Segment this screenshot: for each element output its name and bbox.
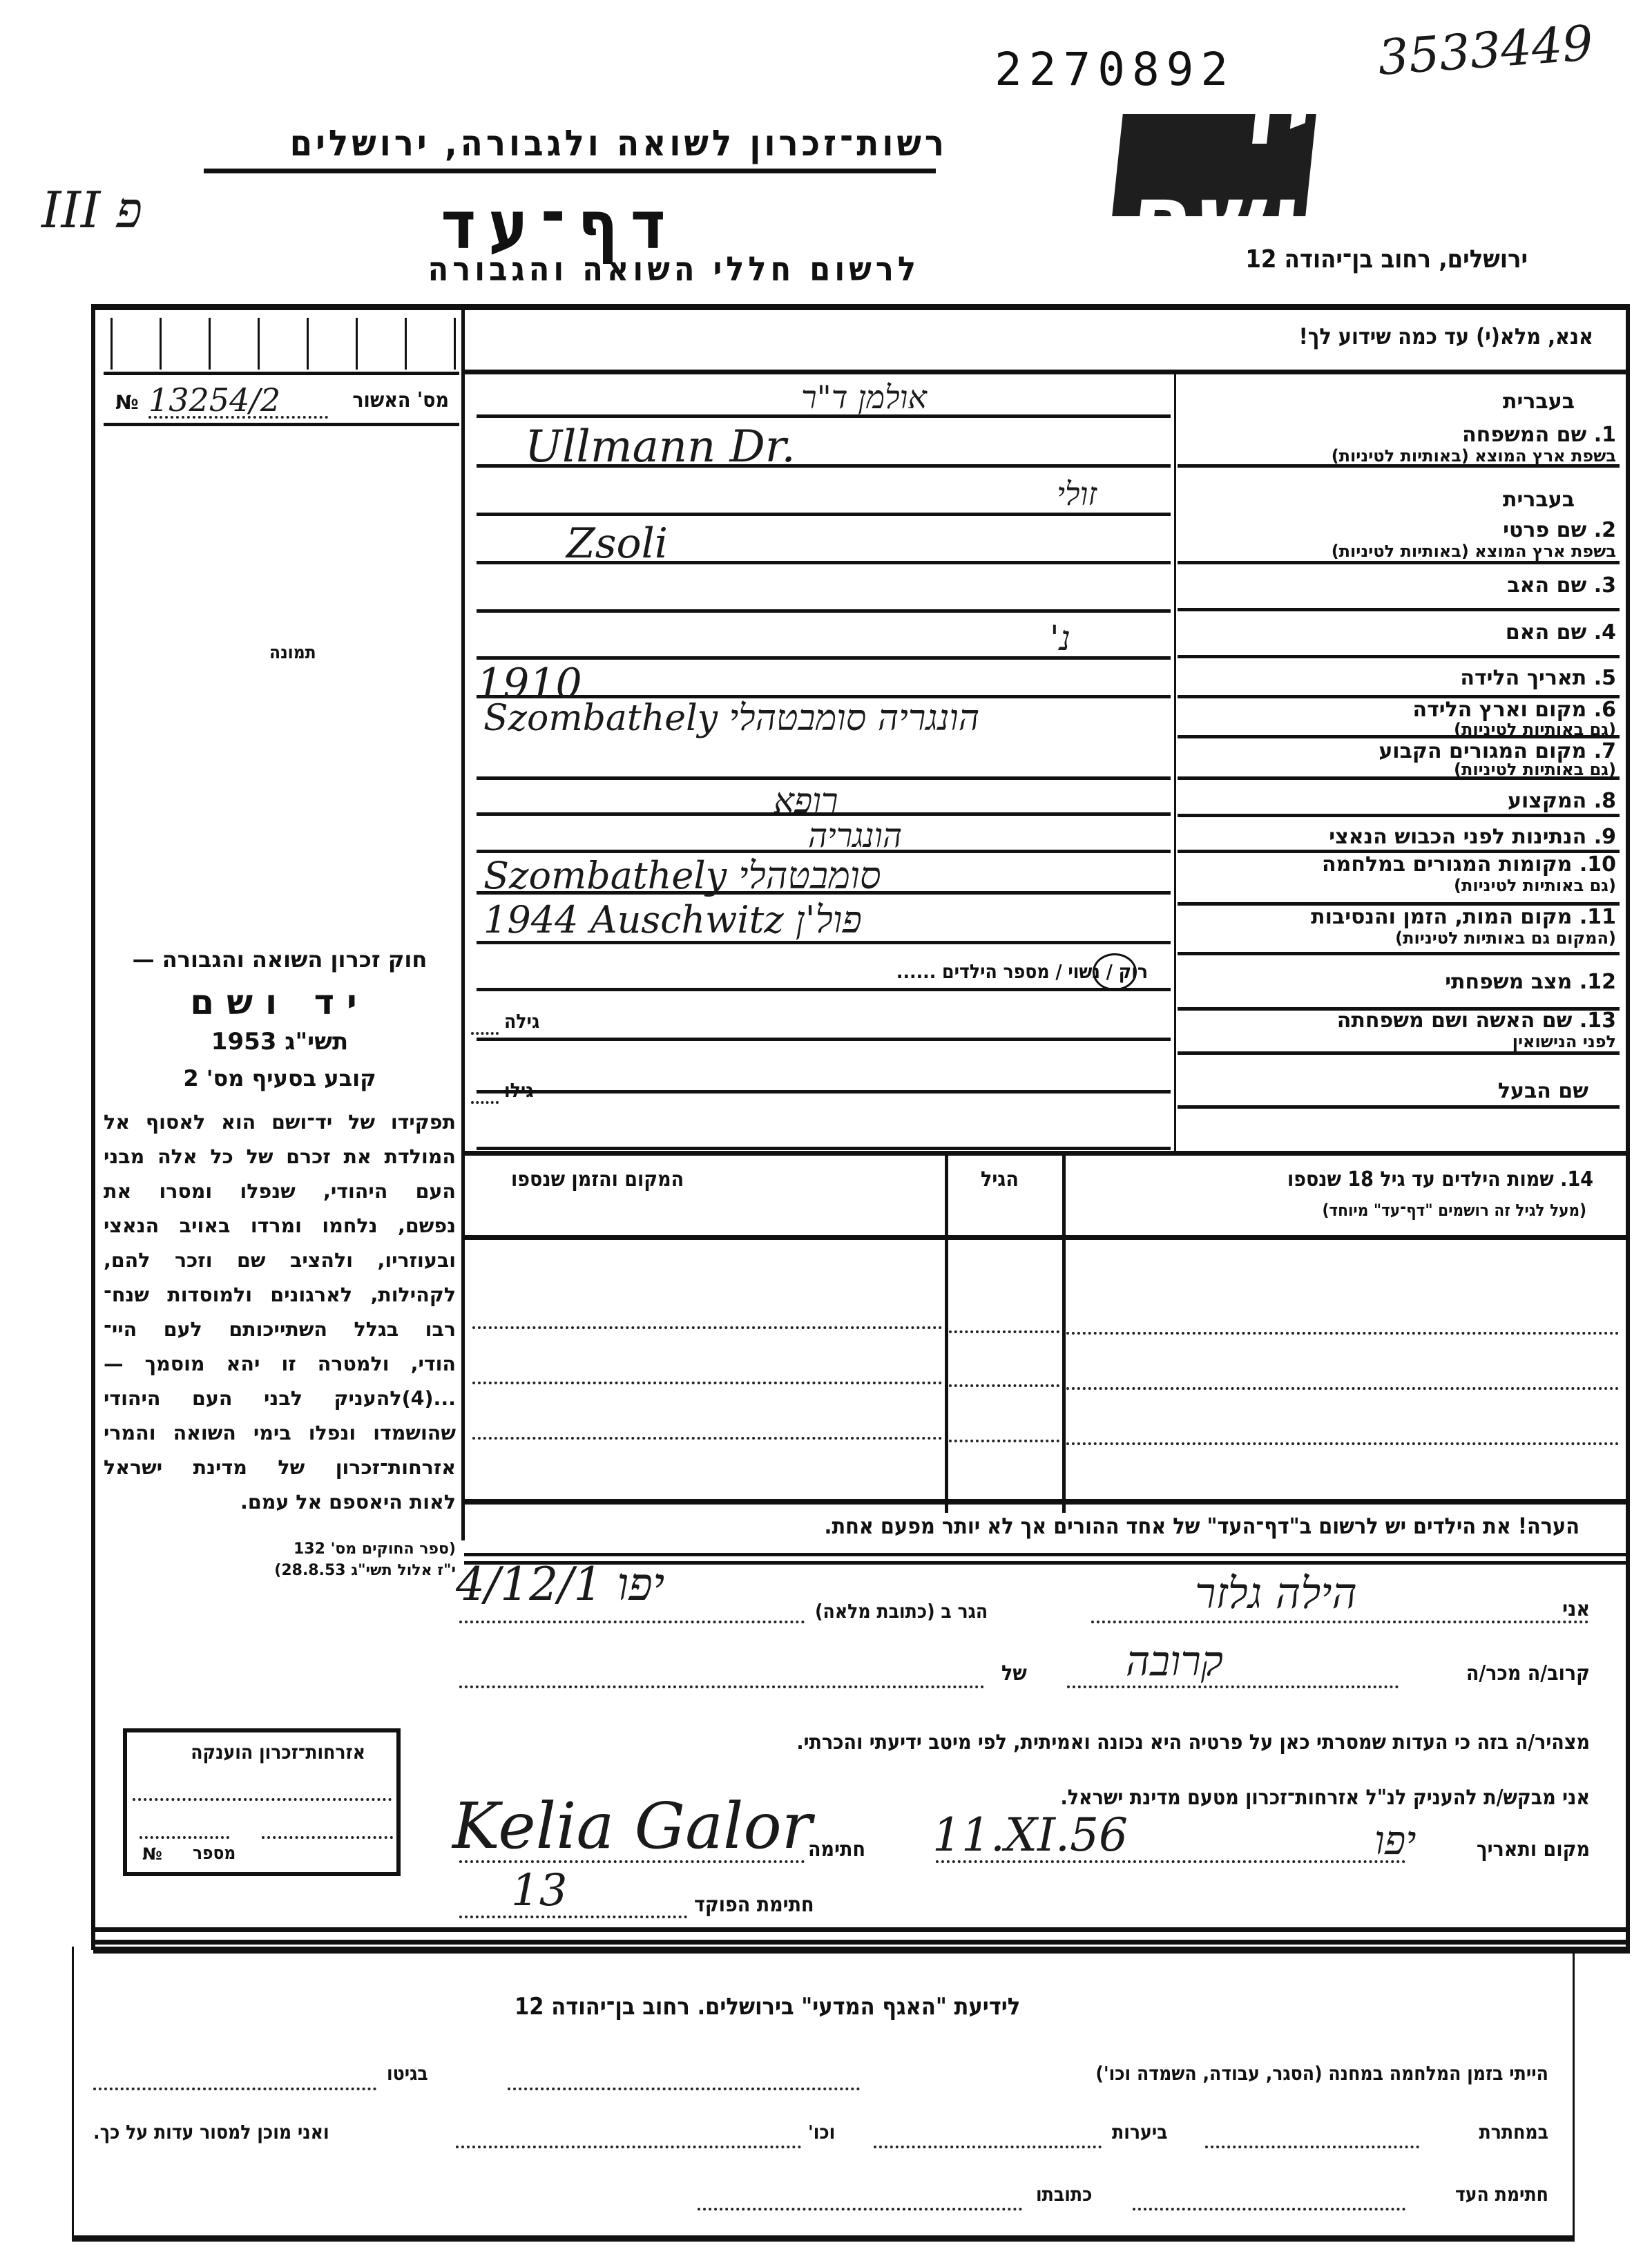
- citizenship-box-line-2b[interactable]: [262, 1836, 393, 1839]
- footer-title: לידיעת "האגף המדעי" בירושלים. רחוב בן־יה…: [515, 1993, 1020, 2021]
- field-4-label: 4. שם האם: [1506, 620, 1616, 644]
- officer-signature-label: חתימת הפוקד: [694, 1893, 814, 1917]
- field-7-sub: (גם באותיות לטיניות): [1454, 760, 1616, 779]
- field-4-value[interactable]: נ': [1050, 618, 1070, 658]
- children-header-sub: (מעל לגיל זה רושמים "דף־עד" מיוחד): [1323, 1201, 1586, 1220]
- approval-number-label: מס' האשור: [352, 388, 449, 412]
- officer-signature-line[interactable]: [459, 1916, 687, 1918]
- field-1-value-latin[interactable]: Ullmann Dr.: [525, 421, 796, 472]
- field-13-label: 13. שם האשה ושם משפחתה: [1337, 1009, 1616, 1033]
- husband-age-label: גילו: [504, 1079, 534, 1102]
- law-year: תשי"ג 1953: [104, 1028, 456, 1056]
- children-top-rule: [464, 1151, 1628, 1156]
- approval-rule: [104, 423, 459, 426]
- law-yad-vashem: יד ושם: [104, 982, 456, 1022]
- photo-label: תמונה: [269, 642, 316, 663]
- children-row-3-place[interactable]: [472, 1437, 942, 1440]
- date-value[interactable]: 11.XI.56: [932, 1808, 1128, 1862]
- wife-age-label: גילה: [504, 1010, 539, 1033]
- place-date-line[interactable]: [936, 1860, 1405, 1863]
- address-label: הגר ב (כתובת מלאה): [815, 1600, 988, 1623]
- citizenship-box-line-1[interactable]: [133, 1798, 392, 1801]
- husband-age-line[interactable]: [471, 1101, 499, 1104]
- field-11-sub: (המקום גם באותיות לטיניות): [1395, 928, 1616, 948]
- law-footer-2: י"ז אלול תשי"ג 28.8.53): [104, 1562, 456, 1579]
- row-rule: [477, 1147, 1171, 1150]
- field-11-value[interactable]: 1944 Auschwitz פול'ן: [483, 898, 862, 942]
- wife-age-line[interactable]: [471, 1032, 499, 1035]
- footer-address-label: כתובתו: [1036, 2183, 1092, 2206]
- law-body: תפקידו של יד־ושם הוא לאסוף אל המולדת את …: [104, 1105, 456, 1520]
- relation-of-line[interactable]: [459, 1686, 984, 1688]
- footer-camp-line[interactable]: [508, 2088, 860, 2090]
- field-6-label: 6. מקום וארץ הלידה: [1413, 698, 1616, 722]
- children-col-divider-2: [1062, 1154, 1066, 1513]
- citizenship-request: אני מבקש/ת להעניק לנ"ל אזרחות־זכרון מטעם…: [1060, 1786, 1590, 1810]
- field-5-label: 5. תאריך הלידה: [1460, 666, 1616, 690]
- citizenship-box-line-2a[interactable]: [140, 1836, 229, 1839]
- field-1-sub: בשפת ארץ המוצא (באותיות לטיניות): [1332, 446, 1616, 466]
- field-10-value[interactable]: Szombathely סומבטהלי: [483, 854, 881, 897]
- form-left-border: [91, 304, 95, 1950]
- footer-frame: [72, 1947, 1575, 2242]
- declarant-address-line[interactable]: [459, 1621, 805, 1623]
- field-6-value[interactable]: Szombathely הונגריה סומבטהלי: [483, 698, 979, 739]
- form-right-border: [1626, 304, 1630, 1950]
- citizenship-number-prefix: №: [142, 1844, 162, 1864]
- signature-value[interactable]: Kelia Galor: [452, 1789, 812, 1863]
- place-date-label: מקום ותאריך: [1477, 1837, 1590, 1862]
- husband-name-label: שם הבעל: [1498, 1079, 1588, 1103]
- footer-camp-label: הייתי בזמן המלחמה במחנה (הסגר, עבודה, הש…: [1095, 2062, 1548, 2085]
- declaration-prefix: אני: [1562, 1597, 1590, 1621]
- children-row-3-age[interactable]: [949, 1440, 1059, 1442]
- field-8-value[interactable]: רופא: [774, 781, 838, 821]
- declaration-statement: מצהיר/ה בזה כי העדות שמסרתי כאן על פרטיה…: [796, 1730, 1590, 1755]
- children-header-label: 14. שמות הילדים עד גיל 18 שנספו: [1287, 1167, 1593, 1192]
- field-9-label: 9. הנתינות לפני הכבוש הנאצי: [1329, 825, 1616, 849]
- footer-underground-label: במחתרת: [1479, 2121, 1549, 2143]
- children-header-rule: [464, 1235, 1628, 1240]
- children-row-1-name[interactable]: [1066, 1332, 1619, 1335]
- citizenship-box: אזרחות־זכרון הוענקה מספר №: [123, 1728, 401, 1876]
- handwritten-number: 3533449: [1376, 15, 1595, 86]
- row-rule: [477, 513, 1171, 516]
- authority-name: רשות־זכרון לשואה ולגבורה, ירושלים: [290, 123, 948, 164]
- tickbox-rule: [104, 372, 459, 375]
- field-9-value[interactable]: הונגריה: [808, 817, 902, 855]
- field-11-label: 11. מקום המות, הזמן והנסיבות: [1311, 905, 1616, 929]
- children-note: הערה! את הילדים יש לרשום ב"דף־העד" של אח…: [825, 1513, 1579, 1539]
- children-row-2-name[interactable]: [1066, 1387, 1619, 1390]
- citizenship-box-title: אזרחות־זכרון הוענקה: [191, 1741, 365, 1764]
- signature-label: חתימה: [808, 1837, 865, 1862]
- row-rule: [477, 609, 1171, 613]
- children-row-1-place[interactable]: [472, 1326, 942, 1329]
- field-1-hebrew-hint: בעברית: [1503, 390, 1575, 414]
- header-rule: [204, 169, 936, 173]
- field-3-label: 3. שם האב: [1507, 573, 1616, 598]
- margin-mark: פ III: [41, 181, 142, 240]
- citizenship-number-label: מספר: [193, 1843, 236, 1864]
- footer-witness-sign-line[interactable]: [1133, 2208, 1405, 2211]
- field-8-label: 8. המקצוע: [1508, 789, 1616, 813]
- relation-label: קרוב/ה מכר/ה: [1466, 1661, 1590, 1686]
- instruction-text: אנא, מלא(י) עד כמה שידוע לך!: [1299, 323, 1593, 350]
- field-6-sub: (גם באותיות לטיניות): [1454, 720, 1616, 739]
- field-2-sub: בשפת ארץ המוצא (באותיות לטיניות): [1332, 542, 1616, 561]
- footer-etc-label: וכו': [808, 2121, 835, 2143]
- relation-value[interactable]: קרובה: [1126, 1637, 1223, 1686]
- marital-status-selected-circle: [1093, 953, 1137, 991]
- field-10-label: 10. מקומות המגורים במלחמה: [1322, 852, 1616, 877]
- signature-line[interactable]: [459, 1860, 805, 1863]
- law-box: חוק זכרון השואה והגבורה — יד ושם תשי"ג 1…: [104, 946, 456, 1579]
- header-address: ירושלים, רחוב בן־יהודה 12: [1245, 245, 1528, 274]
- page-subtitle: לרשום חללי השואה והגבורה: [428, 250, 920, 289]
- field-2-hebrew-hint: בעברית: [1503, 488, 1575, 512]
- declarant-address[interactable]: יפו 4/12/1: [456, 1558, 664, 1612]
- approval-number-row: מס' האשור № 13254/2: [107, 384, 456, 423]
- officer-signature-value[interactable]: 13: [511, 1865, 567, 1916]
- declarant-name-line[interactable]: [1091, 1621, 1588, 1623]
- yad-vashem-logo: יד ושם: [1112, 114, 1316, 216]
- row-rule: [477, 988, 1171, 991]
- law-section: קובע בסעיף מס' 2: [104, 1065, 456, 1091]
- footer-etc-line[interactable]: [456, 2146, 801, 2148]
- fields-divider: [1174, 373, 1176, 1154]
- footer-forests-label: ביערות: [1112, 2121, 1168, 2143]
- place-value[interactable]: יפו: [1374, 1817, 1416, 1864]
- footer-witness-sign-label: חתימת העד: [1455, 2183, 1548, 2206]
- field-13-sub: לפני הנישואין: [1512, 1032, 1616, 1051]
- footer-rule-1: [93, 1927, 1630, 1932]
- footer-ghetto-line[interactable]: [93, 2088, 376, 2090]
- field-1-label: 1. שם המשפחה: [1462, 423, 1616, 447]
- footer-address-line[interactable]: [698, 2208, 1022, 2211]
- field-12-label: 12. מצב משפחתי: [1445, 970, 1616, 994]
- children-col-place: המקום והזמן שנספו: [511, 1167, 684, 1192]
- form-top-border: [93, 304, 1630, 310]
- field-2-label: 2. שם פרטי: [1503, 518, 1616, 542]
- children-row-3-name[interactable]: [1066, 1442, 1619, 1445]
- law-title: חוק זכרון השואה והגבורה —: [104, 946, 456, 973]
- children-bottom-rule: [464, 1499, 1628, 1505]
- footer-underground-line[interactable]: [1205, 2146, 1419, 2148]
- row-rule: [477, 1038, 1171, 1041]
- children-row-2-place[interactable]: [472, 1382, 942, 1384]
- field-labels: בעברית 1. שם המשפחה בשפת ארץ המוצא (באות…: [1181, 373, 1616, 1154]
- field-2-value-hebrew[interactable]: זולי: [1057, 475, 1097, 513]
- children-col-age: הגיל: [981, 1167, 1019, 1192]
- footer-ghetto-label: בגיטו: [387, 2062, 428, 2085]
- children-row-1-age[interactable]: [949, 1330, 1059, 1333]
- children-row-2-age[interactable]: [949, 1384, 1059, 1387]
- law-footer-1: (ספר החוקים מס' 132: [104, 1540, 456, 1558]
- field-2-value-latin[interactable]: Zsoli: [566, 519, 668, 568]
- approval-number-prefix: №: [115, 391, 139, 414]
- footer-rule-2: [93, 1940, 1630, 1945]
- footer-testimony-label: ואני מוכן למסור עדות על כך.: [93, 2121, 329, 2143]
- field-1-value-hebrew[interactable]: אולמן ד"ר: [801, 379, 927, 416]
- tick-boxes: [111, 318, 456, 372]
- approval-number-value[interactable]: 13254/2: [148, 381, 280, 419]
- relation-line[interactable]: [1067, 1686, 1399, 1688]
- row-rule: [477, 776, 1171, 780]
- left-column-divider: [461, 304, 465, 1540]
- footer-forests-line[interactable]: [874, 2146, 1102, 2148]
- children-col-divider-1: [945, 1154, 948, 1513]
- declarant-name[interactable]: הילה גלזר: [1195, 1568, 1357, 1619]
- note-rule-1: [464, 1553, 1628, 1556]
- row-rule: [477, 1090, 1171, 1094]
- field-10-sub: (גם באותיות לטיניות): [1454, 876, 1616, 895]
- relation-of-label: של: [1001, 1661, 1027, 1686]
